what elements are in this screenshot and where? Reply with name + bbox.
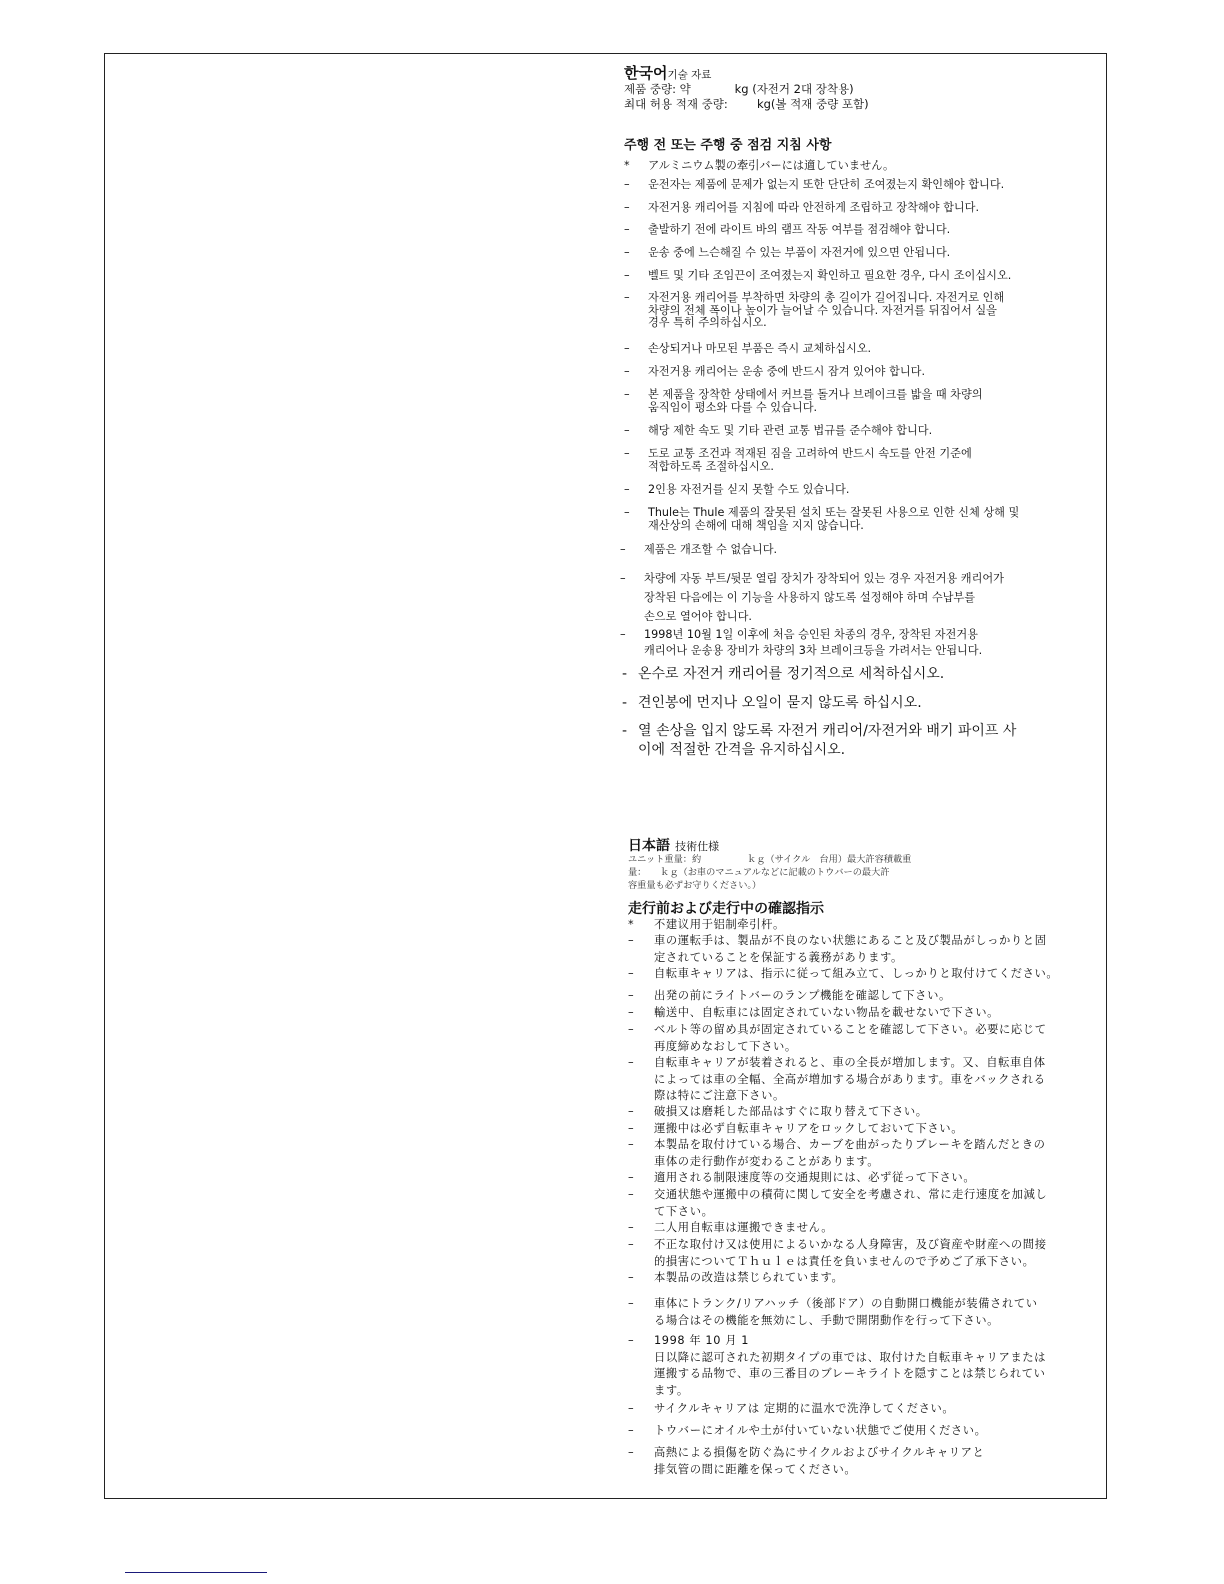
korean-list-item: -열 손상을 입지 않도록 자전거 캐리어/자전거와 배기 파이프 사 이에 적… (622, 722, 1086, 760)
japanese-list-item: –適用される制限速度等の交通規則には、必ず従って下さい。 (628, 1170, 1088, 1187)
korean-list-item: –자전거용 캐리어를 지침에 따라 안전하게 조립하고 장착해야 합니다. (624, 202, 1084, 215)
japanese-list-item: –出発の前にライトバーのランプ機能を確認して下さい。 (628, 988, 1088, 1005)
korean-list-item: –본 제품을 장착한 상태에서 커브를 돌거나 브레이크를 밟을 때 차량의 움… (624, 389, 1084, 414)
japanese-list-item: –本製品の改造は禁じられています。 (628, 1270, 1088, 1287)
japanese-list-item: *不建议用于铝制牵引杆。 (628, 917, 1088, 934)
korean-list-item: –출발하기 전에 라이트 바의 램프 작동 여부를 점검해야 합니다. (624, 224, 1084, 237)
japanese-list-item: –運搬中は必ず自転車キャリアをロックしておいて下さい。 (628, 1121, 1088, 1138)
korean-checklist-heading: 주행 전 또는 주행 중 점검 지침 사항 (624, 134, 832, 153)
korean-list-item: *アルミニウム製の牽引バーには適していません。 (624, 160, 1084, 173)
japanese-list-item: –輸送中、自転車には固定されていない物品を載せないで下さい。 (628, 1005, 1088, 1022)
korean-list-item: –제품은 개조할 수 없습니다. (620, 544, 1084, 557)
japanese-list-item: –車体にトランク/リアハッチ（後部ドア）の自動開口機能が装備されてい る場合はそ… (628, 1296, 1088, 1329)
japanese-list-item: –破損又は磨耗した部品はすぐに取り替えて下さい。 (628, 1104, 1088, 1121)
japanese-list-item: –自転車キャリアは、指示に従って組み立て、しっかりと取付けてください。 (628, 966, 1088, 983)
korean-list-item: –도로 교통 조건과 적재된 짐을 고려하여 반드시 속도를 안전 기준에 적합… (624, 448, 1084, 473)
korean-list-item: –운전자는 제품에 문제가 없는지 또한 단단히 조여졌는지 확인해야 합니다. (624, 179, 1084, 192)
korean-list-item: –해당 제한 속도 및 기타 관련 교통 법규를 준수해야 합니다. (624, 425, 1084, 438)
korean-section-title: 한국어기술 자료 (624, 62, 711, 83)
korean-list-item: –차량에 자동 부트/뒷문 열림 장치가 장착되어 있는 경우 자전거용 캐리어… (620, 569, 1084, 626)
japanese-list-item: –本製品を取付けている場合、カーブを曲がったりブレーキを踏んだときの 車体の走行… (628, 1137, 1088, 1170)
japanese-list-item: –1998 年 10 月 1 日以降に認可された初期タイプの車では、取付けた自転… (628, 1333, 1088, 1399)
japanese-list-item: –高熱による損傷を防ぐ為にサイクルおよびサイクルキャリアと 排気管の間に距離を保… (628, 1445, 1088, 1478)
korean-list-item: –벨트 및 기타 조임끈이 조여졌는지 확인하고 필요한 경우, 다시 조이십시… (624, 270, 1084, 283)
japanese-list-item: –不正な取付け又は使用によるいかなる人身障害，及び資産や財産への間接 的損害につ… (628, 1237, 1088, 1270)
japanese-section-title: 日本語 技術仕様 (628, 835, 719, 855)
korean-spec-weight: 제품 중량: 약 kg (자전거 2대 장착용) (624, 82, 854, 96)
japanese-list-item: –車の運転手は、製品が不良のない状態にあること及び製品がしっかりと固 定されてい… (628, 933, 1088, 966)
japanese-list-item: –ベルト等の留め具が固定されていることを確認して下さい。必要に応じて 再度締めな… (628, 1022, 1088, 1055)
korean-list-item: -견인봉에 먼지나 오일이 묻지 않도록 하십시오. (622, 694, 1086, 713)
korean-language-label: 한국어 (624, 64, 667, 82)
korean-list-item: -온수로 자전거 캐리어를 정기적으로 세척하십시오. (622, 665, 1086, 684)
japanese-checklist-heading: 走行前および走行中の確認指示 (628, 898, 824, 918)
korean-list-item: –2인용 자전거를 싣지 못할 수도 있습니다. (624, 484, 1084, 497)
japanese-list-item: –トウバーにオイルや土が付いていない状態でご使用ください。 (628, 1423, 1088, 1440)
korean-list-item: –자전거용 캐리어는 운송 중에 반드시 잠겨 있어야 합니다. (624, 366, 1084, 379)
japanese-title-sub: 技術仕様 (675, 840, 719, 853)
korean-list-item: –운송 중에 느슨해질 수 있는 부품이 자전거에 있으면 안됩니다. (624, 247, 1084, 260)
footer-rule (125, 1572, 267, 1573)
japanese-list-item: –二人用自転車は運搬できません。 (628, 1220, 1088, 1237)
japanese-list-item: –自転車キャリアが装着されると、車の全長が増加します。又、自転車自体 によっては… (628, 1055, 1088, 1105)
korean-spec-max-load: 최대 허용 적재 중량: kg(볼 적재 중량 포함) (624, 97, 869, 111)
japanese-list-item: –交通状態や運搬中の積荷に関して安全を考慮され、常に走行速度を加減し て下さい。 (628, 1187, 1088, 1220)
korean-list-item: –자전거용 캐리어를 부착하면 차량의 총 길이가 길어집니다. 자전거로 인해… (624, 292, 1084, 330)
korean-list-item: –Thule는 Thule 제품의 잘못된 설치 또는 잘못된 사용으로 인한 … (624, 507, 1084, 532)
japanese-list-item: –サイクルキャリアは 定期的に温水で洗浄してください。 (628, 1401, 1088, 1418)
korean-title-sub: 기술 자료 (667, 69, 711, 81)
japanese-language-label: 日本語 (628, 838, 670, 854)
korean-list-item: –1998년 10월 1일 이후에 처음 승인된 차종의 경우, 장착된 자전거… (620, 627, 1084, 659)
japanese-spec-text: ユニット重量：約 ｋｇ（サイクル 台用）最大許容積載重 量： ｋｇ（お車のマニュ… (628, 853, 968, 892)
korean-list-item: –손상되거나 마모된 부품은 즉시 교체하십시오. (624, 343, 1084, 356)
